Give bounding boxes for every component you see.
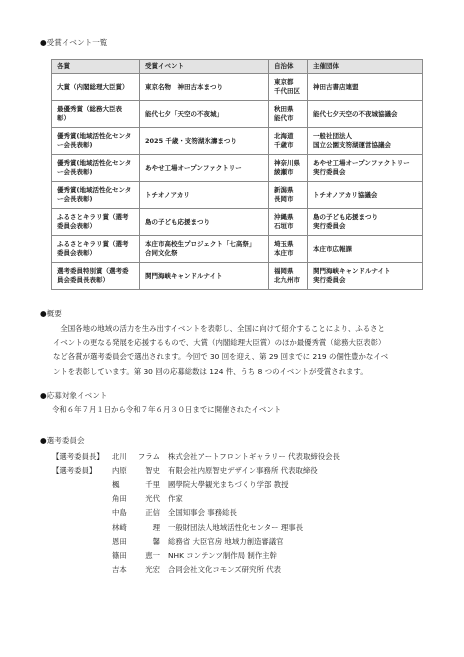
organizer-cell: 関門海峡キャンドルナイト 実行委員会: [308, 263, 423, 290]
organizer-cell: 能代七夕天空の不夜城協議会: [308, 101, 423, 128]
table-row: 選考委員特別賞（選考委 員会委員長表彰） 関門海峡キャンドルナイト 福岡県 北九…: [52, 263, 423, 290]
award-cell: ふるさとキラリ賞（選考 委員会表彰）: [52, 236, 140, 263]
awards-heading: ●受賞イベント一覧: [40, 37, 107, 48]
table-row: 優秀賞(地域活性化センタ ー会長表彰) 2025 千歳・支笏湖氷濤まつり 北海道…: [52, 128, 423, 155]
member-name: 中島正信: [112, 507, 168, 518]
bullet-icon: ●: [40, 436, 47, 445]
event-cell: 能代七夕「天空の不夜城」: [140, 101, 269, 128]
member-affiliation: 一般財団法人地域活性化センター 理事長: [168, 522, 303, 533]
award-cell: 大賞（内閣総理大臣賞）: [52, 74, 140, 101]
table-row: 優秀賞(地域活性化センタ ー会長表彰) トチオノアカリ 新潟県 長岡市 トチオノ…: [52, 182, 423, 209]
event-cell: 2025 千歳・支笏湖氷濤まつり: [140, 128, 269, 155]
organizer-cell: 一般社団法人 国立公園支笏湖運営協議会: [308, 128, 423, 155]
committee-list: 【選考委員長】 北川フラム 株式会社アートフロントギャラリー 代表取締役会長 【…: [52, 449, 340, 577]
member-affiliation: NHK コンテンツ制作局 制作主幹: [168, 550, 277, 561]
member-affiliation: 全国知事会 事務総長: [168, 507, 237, 518]
municipality-cell: 福岡県 北九州市: [269, 263, 308, 290]
awards-table: 各賞 受賞イベント 自治体 主催団体 大賞（内閣総理大臣賞） 東京名物 神田古本…: [51, 59, 423, 290]
municipality-cell: 神奈川県 綾瀬市: [269, 155, 308, 182]
member-name: 北川フラム: [112, 451, 168, 462]
event-cell: 島の子ども応援まつり: [140, 209, 269, 236]
member-name: 楓千里: [112, 479, 168, 490]
municipality-cell: 東京都 千代田区: [269, 74, 308, 101]
event-cell: あやせ工場オープンファクトリー: [140, 155, 269, 182]
committee-member: 恩田馨 総務省 大臣官房 地域力創造審議官: [52, 534, 340, 548]
header-organizer: 主催団体: [308, 60, 423, 74]
member-name: 内原智史: [112, 465, 168, 476]
award-cell: 優秀賞(地域活性化センタ ー会長表彰): [52, 182, 140, 209]
municipality-cell: 沖縄県 石垣市: [269, 209, 308, 236]
overview-paragraph: 全国各地の地域の活力を生み出すイベントを表彰し、全国に向けて紹介することにより、…: [53, 322, 413, 379]
organizer-cell: あやせ工場オープンファクトリー 実行委員会: [308, 155, 423, 182]
organizer-cell: 神田古書店連盟: [308, 74, 423, 101]
committee-heading: ●選考委員会: [40, 435, 85, 446]
municipality-cell: 秋田県 能代市: [269, 101, 308, 128]
bullet-icon: ●: [40, 309, 47, 318]
overview-heading: ●概要: [40, 308, 62, 319]
overview-text: 全国各地の地域の活力を生み出すイベントを表彰し、全国に向けて紹介することにより、…: [53, 322, 413, 379]
member-affiliation: 有限会社内原智史デザイン事務所 代表取締役: [168, 465, 318, 476]
award-cell: 優秀賞(地域活性化センタ ー会長表彰): [52, 155, 140, 182]
table-row: 大賞（内閣総理大臣賞） 東京名物 神田古本まつり 東京都 千代田区 神田古書店連…: [52, 74, 423, 101]
organizer-cell: トチオノアカリ協議会: [308, 182, 423, 209]
table-row: 優秀賞(地域活性化センタ ー会長表彰) あやせ工場オープンファクトリー 神奈川県…: [52, 155, 423, 182]
member-name: 角田光代: [112, 493, 168, 504]
committee-member: 吉本光宏 合同会社文化コモンズ研究所 代表: [52, 563, 340, 577]
committee-member: 【選考委員】 内原智史 有限会社内原智史デザイン事務所 代表取締役: [52, 463, 340, 477]
event-cell: 本庄市高校生プロジェクト「七高祭」 合同文化祭: [140, 236, 269, 263]
award-cell: 選考委員特別賞（選考委 員会委員長表彰）: [52, 263, 140, 290]
member-role: 【選考委員長】: [52, 451, 112, 462]
event-cell: トチオノアカリ: [140, 182, 269, 209]
award-cell: 優秀賞(地域活性化センタ ー会長表彰): [52, 128, 140, 155]
eligibility-heading: ●応募対象イベント: [40, 390, 107, 401]
member-affiliation: 総務省 大臣官房 地域力創造審議官: [168, 536, 284, 547]
committee-member: 角田光代 作家: [52, 492, 340, 506]
member-name: 篠田恵一: [112, 550, 168, 561]
eligibility-period: 令和６年７月１日から令和７年６月３０日までに開催されたイベント: [52, 404, 281, 415]
table-row: 最優秀賞（総務大臣表 彰） 能代七夕「天空の不夜城」 秋田県 能代市 能代七夕天…: [52, 101, 423, 128]
table-header-row: 各賞 受賞イベント 自治体 主催団体: [52, 60, 423, 74]
committee-member: 林崎理 一般財団法人地域活性化センター 理事長: [52, 520, 340, 534]
award-cell: ふるさとキラリ賞（選考 委員会表彰）: [52, 209, 140, 236]
committee-member: 楓千里 國學院大學観光まちづくり学部 教授: [52, 477, 340, 491]
municipality-cell: 埼玉県 本庄市: [269, 236, 308, 263]
member-name: 恩田馨: [112, 536, 168, 547]
header-municipality: 自治体: [269, 60, 308, 74]
event-cell: 関門海峡キャンドルナイト: [140, 263, 269, 290]
member-affiliation: 作家: [168, 493, 183, 504]
event-cell: 東京名物 神田古本まつり: [140, 74, 269, 101]
bullet-icon: ●: [40, 38, 47, 47]
member-affiliation: 合同会社文化コモンズ研究所 代表: [168, 564, 281, 575]
member-affiliation: 株式会社アートフロントギャラリー 代表取締役会長: [168, 451, 340, 462]
committee-member: 【選考委員長】 北川フラム 株式会社アートフロントギャラリー 代表取締役会長: [52, 449, 340, 463]
member-name: 吉本光宏: [112, 564, 168, 575]
header-award: 各賞: [52, 60, 140, 74]
municipality-cell: 新潟県 長岡市: [269, 182, 308, 209]
organizer-cell: 島の子ども応援まつり 実行委員会: [308, 209, 423, 236]
table-row: ふるさとキラリ賞（選考 委員会表彰） 本庄市高校生プロジェクト「七高祭」 合同文…: [52, 236, 423, 263]
committee-member: 中島正信 全国知事会 事務総長: [52, 506, 340, 520]
organizer-cell: 本庄市広報課: [308, 236, 423, 263]
member-role: 【選考委員】: [52, 465, 112, 476]
municipality-cell: 北海道 千歳市: [269, 128, 308, 155]
table-row: ふるさとキラリ賞（選考 委員会表彰） 島の子ども応援まつり 沖縄県 石垣市 島の…: [52, 209, 423, 236]
header-event: 受賞イベント: [140, 60, 269, 74]
award-cell: 最優秀賞（総務大臣表 彰）: [52, 101, 140, 128]
member-affiliation: 國學院大學観光まちづくり学部 教授: [168, 479, 289, 490]
member-name: 林崎理: [112, 522, 168, 533]
bullet-icon: ●: [40, 391, 47, 400]
committee-member: 篠田恵一 NHK コンテンツ制作局 制作主幹: [52, 548, 340, 562]
